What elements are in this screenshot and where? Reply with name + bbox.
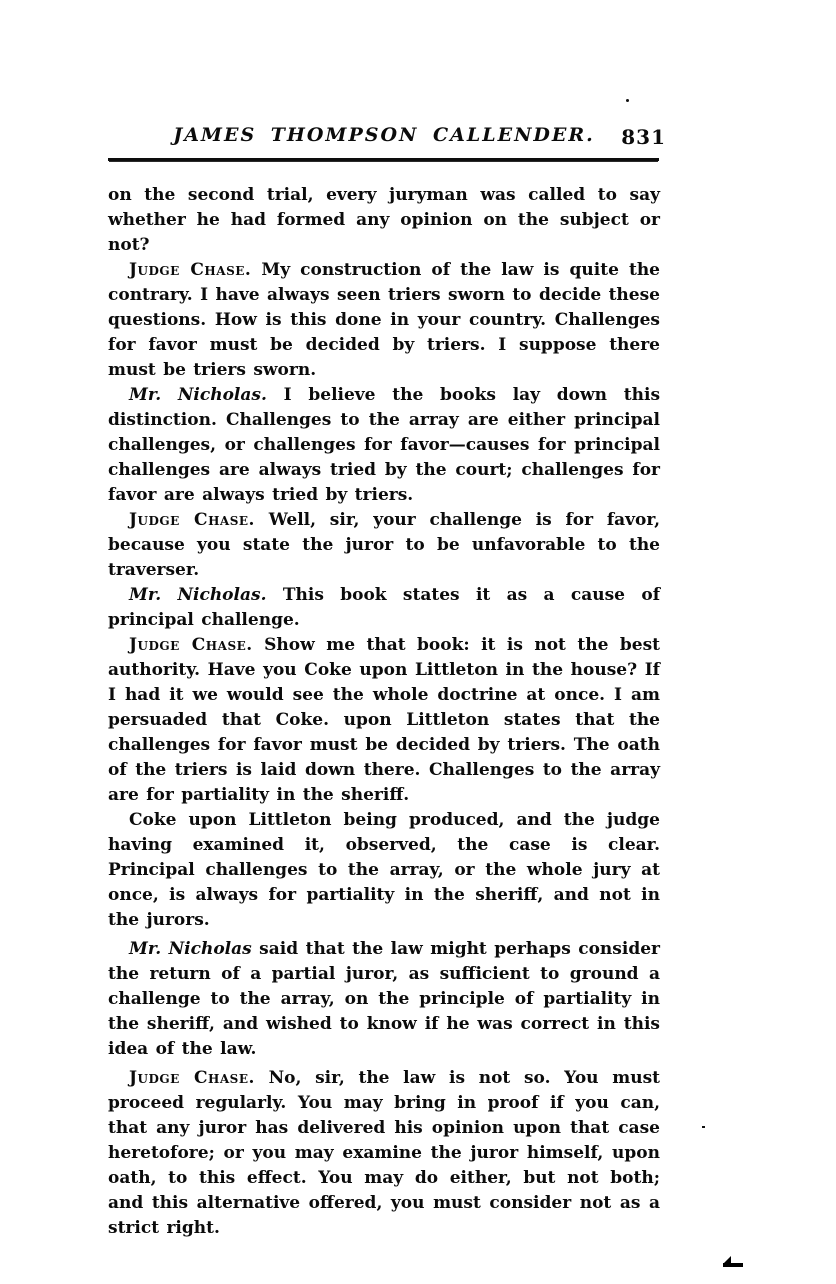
scan-speck-top xyxy=(626,99,629,102)
speaker-label: Mr. Nicholas xyxy=(129,939,252,959)
running-title: JAMES THOMPSON CALLENDER. xyxy=(108,124,660,146)
paragraph: Mr. Nicholas. I believe the books lay do… xyxy=(108,383,660,508)
paragraph: Judge Chase. Show me that book: it is no… xyxy=(108,633,660,808)
speaker-label: Mr. Nicholas. xyxy=(129,385,267,405)
paragraph: Judge Chase. My construction of the law … xyxy=(108,258,660,383)
paragraph-text: No, sir, the law is not so. You must pro… xyxy=(108,1068,660,1238)
paragraph-text: Coke upon Littleton being produced, and … xyxy=(108,810,660,930)
paragraph: Mr. Nicholas said that the law might per… xyxy=(108,937,660,1062)
header-rule xyxy=(108,158,659,161)
paragraph: Coke upon Littleton being produced, and … xyxy=(108,808,660,933)
paragraph: Mr. Nicholas. This book states it as a c… xyxy=(108,583,660,633)
paragraph: Judge Chase. No, sir, the law is not so.… xyxy=(108,1066,660,1241)
scan-corner-mark-bar xyxy=(723,1263,743,1267)
book-page: JAMES THOMPSON CALLENDER. 831 on the sec… xyxy=(0,0,836,1284)
paragraph-text: Show me that book: it is not the best au… xyxy=(108,635,660,805)
speaker-label: Judge Chase. xyxy=(129,510,255,530)
speaker-label: Judge Chase. xyxy=(129,1068,255,1088)
page-body: on the second trial, every juryman was c… xyxy=(108,183,660,1241)
speaker-label: Judge Chase. xyxy=(129,635,253,655)
speaker-label: Mr. Nicholas. xyxy=(129,585,267,605)
page-header: JAMES THOMPSON CALLENDER. 831 xyxy=(108,122,660,158)
speaker-label: Judge Chase. xyxy=(129,260,251,280)
page-number: 831 xyxy=(621,125,666,149)
paragraph: Judge Chase. Well, sir, your challenge i… xyxy=(108,508,660,583)
scan-speck-right xyxy=(702,1126,705,1128)
paragraph-text: on the second trial, every juryman was c… xyxy=(108,185,660,255)
paragraph: on the second trial, every juryman was c… xyxy=(108,183,660,258)
